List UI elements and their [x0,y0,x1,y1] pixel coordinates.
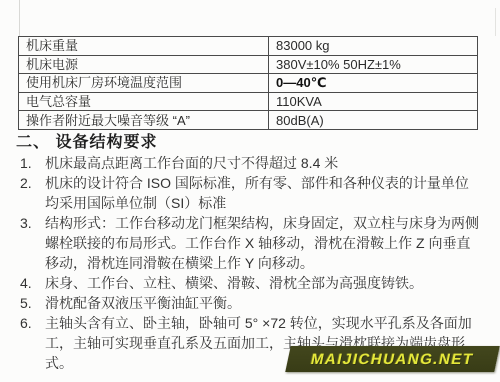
list-item: 5. 滑枕配备双液压平衡油缸平衡。 [20,293,480,313]
section-heading: 二、 设备结构要求 [16,133,500,152]
spec-label-cell: 操作者附近最大噪音等级 “A” [19,111,269,130]
spec-value-cell: 80dB(A) [269,111,478,130]
spec-label-cell: 电气总容量 [19,92,269,111]
list-item-text: 床身、工作台、立柱、横梁、滑鞍、滑枕全部为高强度铸铁。 [45,273,480,293]
spec-value-cell: 110KVA [269,92,478,111]
spec-table: 机床重量 83000 kg 机床电源 380V±10% 50HZ±1% 使用机床… [18,36,478,130]
list-item-text: 结构形式：工作台移动龙门框架结构，床身固定，双立柱与床身为两侧螺栓联接的布局形式… [45,213,480,273]
table-row: 电气总容量 110KVA [19,92,478,111]
spec-label-cell: 机床电源 [19,55,269,74]
watermark-band: MAIJICHUANG.NET [285,346,500,372]
top-margin [0,0,500,36]
list-item-number: 6. [20,313,45,333]
list-item-number: 3. [20,213,45,233]
spec-label-cell: 使用机床厂房环境温度范围 [19,74,269,93]
list-item-number: 1. [20,153,45,173]
right-edge-line [495,8,496,36]
list-item-text: 机床最高点距离工作台面的尺寸不得超过 8.4 米 [45,153,480,173]
spec-value-cell: 0—40℃ [269,74,478,93]
table-row: 使用机床厂房环境温度范围 0—40℃ [19,74,478,93]
table-row: 机床电源 380V±10% 50HZ±1% [19,55,478,74]
list-item-text: 机床的设计符合 ISO 国际标准，所有零、部件和各种仪表的计量单位均采用国际单位… [45,173,480,213]
table-row: 机床重量 83000 kg [19,37,478,56]
spec-table-body: 机床重量 83000 kg 机床电源 380V±10% 50HZ±1% 使用机床… [19,37,478,130]
list-item-number: 5. [20,293,45,313]
list-item: 4. 床身、工作台、立柱、横梁、滑鞍、滑枕全部为高强度铸铁。 [20,273,480,293]
left-edge-line [19,0,20,36]
list-item: 3. 结构形式：工作台移动龙门框架结构，床身固定，双立柱与床身为两侧螺栓联接的布… [20,213,480,273]
watermark-text: MAIJICHUANG.NET [309,351,475,368]
list-item: 2. 机床的设计符合 ISO 国际标准，所有零、部件和各种仪表的计量单位均采用国… [20,173,480,213]
spec-value-cell: 83000 kg [269,37,478,56]
requirements-list: 1. 机床最高点距离工作台面的尺寸不得超过 8.4 米 2. 机床的设计符合 I… [0,153,480,373]
spec-label-cell: 机床重量 [19,37,269,56]
list-item-number: 4. [20,273,45,293]
list-item: 1. 机床最高点距离工作台面的尺寸不得超过 8.4 米 [20,153,480,173]
spec-value-cell: 380V±10% 50HZ±1% [269,55,478,74]
list-item-text: 滑枕配备双液压平衡油缸平衡。 [45,293,480,313]
table-row: 操作者附近最大噪音等级 “A” 80dB(A) [19,111,478,130]
list-item-number: 2. [20,173,45,193]
